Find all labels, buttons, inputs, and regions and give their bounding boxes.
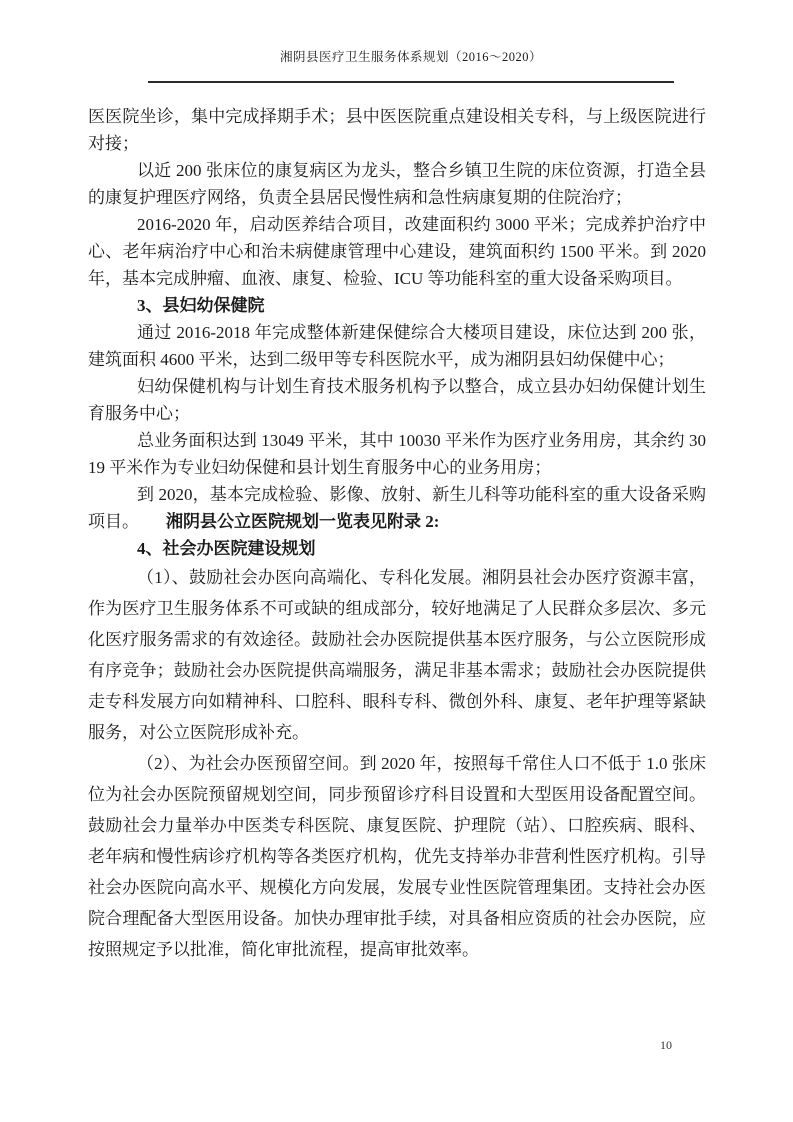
paragraph-private-hospital-space: （2）、为社会办医预留空间。到 2020 年，按照每千常住人口不低于 1.0 张… bbox=[88, 748, 706, 965]
section-heading-private-hospitals: 4、社会办医院建设规划 bbox=[88, 535, 706, 562]
document-page: 湘阴县医疗卫生服务体系规划（2016～2020） 医医院坐诊，集中完成择期手术；… bbox=[0, 0, 793, 1122]
paragraph-mch-floor-area: 总业务面积达到 13049 平米，其中 10030 平米作为医疗业务用房，其余约… bbox=[88, 427, 706, 481]
appendix-note: 湘阴县公立医院规划一览表见附录 2: bbox=[166, 512, 439, 531]
paragraph-rehab-network: 以近 200 张床位的康复病区为龙头，整合乡镇卫生院的床位资源，打造全县的康复护… bbox=[88, 157, 706, 211]
page-number: 10 bbox=[660, 1038, 672, 1052]
page-header: 湘阴县医疗卫生服务体系规划（2016～2020） bbox=[148, 48, 674, 83]
paragraph-continuation: 医医院坐诊，集中完成择期手术；县中医医院重点建设相关专科，与上级医院进行对接； bbox=[88, 103, 706, 157]
page-footer: 10 bbox=[660, 1038, 672, 1053]
paragraph-mch-integration: 妇幼保健机构与计划生育技术服务机构予以整合，成立县办妇幼保健计划生育服务中心； bbox=[88, 373, 706, 427]
document-body: 医医院坐诊，集中完成择期手术；县中医医院重点建设相关专科，与上级医院进行对接； … bbox=[88, 103, 706, 965]
page-header-title: 湘阴县医疗卫生服务体系规划（2016～2020） bbox=[148, 48, 674, 66]
section-heading-mch-hospital: 3、县妇幼保健院 bbox=[88, 292, 706, 319]
paragraph-mch-building: 通过 2016-2018 年完成整体新建保健综合大楼项目建设，床位达到 200 … bbox=[88, 319, 706, 373]
paragraph-medical-care-project: 2016-2020 年，启动医养结合项目，改建面积约 3000 平米；完成养护治… bbox=[88, 211, 706, 292]
paragraph-private-hospital-encourage: （1）、鼓励社会办医向高端化、专科化发展。湘阴县社会办医疗资源丰富，作为医疗卫生… bbox=[88, 562, 706, 748]
paragraph-mch-equipment: 到 2020，基本完成检验、影像、放射、新生儿科等功能科室的重大设备采购项目。湘… bbox=[88, 481, 706, 535]
